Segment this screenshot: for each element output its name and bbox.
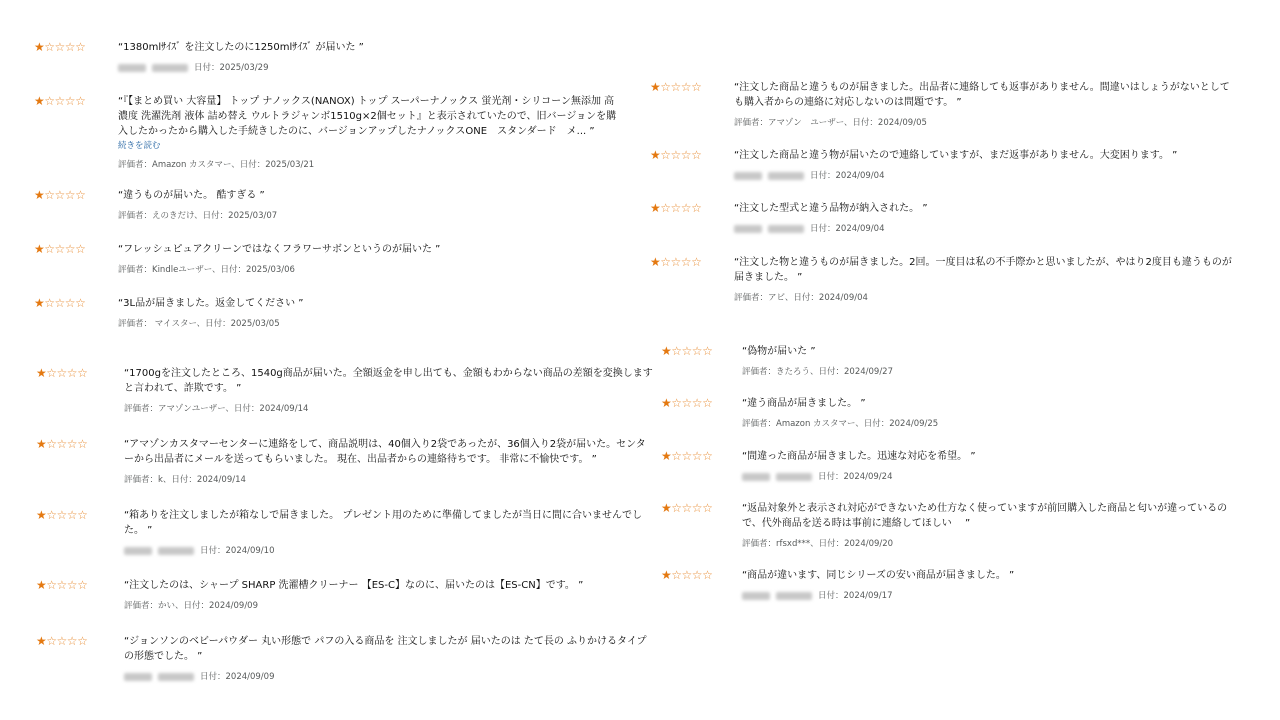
redacted-reviewer-name [768,225,804,233]
star-empty-icon: ☆ [57,437,67,451]
star-filled-icon: ★ [650,201,660,215]
review-date: 日付：2025/03/29 [194,62,269,74]
star-empty-icon: ☆ [682,568,692,582]
star-empty-icon: ☆ [77,437,87,451]
star-rating: ★☆☆☆☆ [36,508,87,522]
star-empty-icon: ☆ [55,188,65,202]
star-empty-icon: ☆ [691,201,701,215]
star-empty-icon: ☆ [660,255,670,269]
review-date: 評価者：かい、日付：2024/09/09 [124,600,258,612]
star-rating: ★☆☆☆☆ [36,634,87,648]
star-empty-icon: ☆ [692,501,702,515]
star-empty-icon: ☆ [75,242,85,256]
review-date: 日付：2024/09/04 [810,223,885,235]
review-meta: 日付：2024/09/10 [124,545,654,557]
review-date: 日付：2024/09/17 [818,590,893,602]
redacted-reviewer-name [734,225,762,233]
review-text: “『【まとめ買い 大容量】 トップ ナノックス(NANOX) トップ スーパーナ… [118,94,618,139]
star-empty-icon: ☆ [65,188,75,202]
star-empty-icon: ☆ [44,40,54,54]
star-filled-icon: ★ [650,148,660,162]
review-meta: 評価者：Amazon カスタマー、日付：2025/03/21 [118,159,618,171]
redacted-reviewer-name [776,473,812,481]
review-text: “注文した商品と違うものが届きました。出品者に連絡しても返事がありません。間違い… [734,80,1239,110]
redacted-reviewer-name [158,547,194,555]
star-empty-icon: ☆ [681,255,691,269]
star-empty-icon: ☆ [692,344,702,358]
star-empty-icon: ☆ [67,437,77,451]
star-empty-icon: ☆ [67,634,77,648]
star-filled-icon: ★ [36,366,46,380]
redacted-reviewer-name [124,673,152,681]
star-filled-icon: ★ [34,296,44,310]
redacted-reviewer-name [124,547,152,555]
star-filled-icon: ★ [661,568,671,582]
star-rating: ★☆☆☆☆ [34,94,85,108]
star-empty-icon: ☆ [671,568,681,582]
star-empty-icon: ☆ [75,296,85,310]
star-filled-icon: ★ [650,80,660,94]
review-text: “違うものが届いた。 酷すぎる ” [118,188,618,203]
review-meta: 評価者：かい、日付：2024/09/09 [124,600,654,612]
star-empty-icon: ☆ [65,242,75,256]
redacted-reviewer-name [776,592,812,600]
star-filled-icon: ★ [36,508,46,522]
review-text: “注文した商品と違う物が届いたので連絡していますが、まだ返事がありません。大変困… [734,148,1239,163]
star-filled-icon: ★ [661,344,671,358]
star-empty-icon: ☆ [46,634,56,648]
star-empty-icon: ☆ [75,40,85,54]
star-empty-icon: ☆ [75,188,85,202]
star-rating: ★☆☆☆☆ [661,568,712,582]
star-empty-icon: ☆ [671,501,681,515]
star-empty-icon: ☆ [671,148,681,162]
review-date: 日付：2024/09/24 [818,471,893,483]
star-filled-icon: ★ [34,188,44,202]
review-text: “間違った商品が届きました。迅速な対応を希望。 ” [742,449,1237,464]
review-date: 評価者：アビ、日付：2024/09/04 [734,292,868,304]
star-empty-icon: ☆ [682,344,692,358]
star-filled-icon: ★ [34,242,44,256]
star-empty-icon: ☆ [67,508,77,522]
read-more-link[interactable]: 続きを読む [118,140,618,152]
star-empty-icon: ☆ [55,40,65,54]
review-text: “1700gを注文したところ、1540g商品が届いた。全額返金を申し出ても、金額… [124,366,654,396]
star-filled-icon: ★ [650,255,660,269]
star-filled-icon: ★ [661,449,671,463]
star-empty-icon: ☆ [671,344,681,358]
review-date: 評価者：Amazon カスタマー、日付：2024/09/25 [742,418,938,430]
star-empty-icon: ☆ [46,366,56,380]
star-empty-icon: ☆ [691,255,701,269]
review-date: 評価者：アマゾンユーザー、日付：2024/09/14 [124,403,308,415]
review-text: “商品が違います、同じシリーズの安い商品が届きました。 ” [742,568,1237,583]
redacted-reviewer-name [158,673,194,681]
star-rating: ★☆☆☆☆ [650,201,701,215]
review-meta: 日付：2024/09/17 [742,590,1237,602]
star-rating: ★☆☆☆☆ [650,255,701,269]
star-empty-icon: ☆ [702,396,712,410]
redacted-reviewer-name [152,64,188,72]
review-meta: 評価者：アマゾンユーザー、日付：2024/09/14 [124,403,654,415]
star-empty-icon: ☆ [65,94,75,108]
star-filled-icon: ★ [36,634,46,648]
star-empty-icon: ☆ [671,80,681,94]
review-meta: 評価者：k、日付：2024/09/14 [124,474,654,486]
review-text: “1380mlｻｲｽﾞ を注文したのに1250mlｻｲｽﾞ が届いた ” [118,40,618,55]
star-empty-icon: ☆ [67,578,77,592]
star-empty-icon: ☆ [702,501,712,515]
star-empty-icon: ☆ [75,94,85,108]
star-empty-icon: ☆ [660,80,670,94]
review-date: 評価者：アマゾン ユーザー、日付：2024/09/05 [734,117,927,129]
review-text: “偽物が届いた ” [742,344,1237,359]
review-date: 日付：2024/09/04 [810,170,885,182]
star-empty-icon: ☆ [44,242,54,256]
star-filled-icon: ★ [36,437,46,451]
review-meta: 日付：2025/03/29 [118,62,618,74]
star-empty-icon: ☆ [671,201,681,215]
star-rating: ★☆☆☆☆ [34,242,85,256]
review-text: “注文した物と違うものが届きました。2回。一度目は私の不手際かと思いましたが、や… [734,255,1239,285]
star-empty-icon: ☆ [681,80,691,94]
star-empty-icon: ☆ [77,508,87,522]
star-empty-icon: ☆ [65,296,75,310]
review-text: “返品対象外と表示され対応ができないため仕方なく使っていますが前回購入した商品と… [742,501,1237,531]
star-filled-icon: ★ [34,40,44,54]
star-empty-icon: ☆ [671,396,681,410]
review-text: “アマゾンカスタマーセンターに連絡をして、商品説明は、40個入り2袋であったが、… [124,437,654,467]
review-date: 評価者：きたろう、日付：2024/09/27 [742,366,893,378]
star-empty-icon: ☆ [692,449,702,463]
star-empty-icon: ☆ [702,449,712,463]
star-empty-icon: ☆ [702,568,712,582]
redacted-reviewer-name [768,172,804,180]
review-text: “ジョンソンのベビーパウダー 丸い形態で パフの入る商品を 注文しましたが 届い… [124,634,654,664]
star-rating: ★☆☆☆☆ [34,40,85,54]
star-rating: ★☆☆☆☆ [36,366,87,380]
star-empty-icon: ☆ [671,255,681,269]
star-rating: ★☆☆☆☆ [661,396,712,410]
star-empty-icon: ☆ [702,344,712,358]
star-empty-icon: ☆ [46,508,56,522]
star-rating: ★☆☆☆☆ [36,578,87,592]
star-empty-icon: ☆ [691,148,701,162]
review-meta: 評価者：Kindleユーザー、日付：2025/03/06 [118,264,618,276]
review-text: “違う商品が届きました。 ” [742,396,1237,411]
review-meta: 評価者： マイスター、日付：2025/03/05 [118,318,618,330]
star-empty-icon: ☆ [692,568,702,582]
star-empty-icon: ☆ [682,396,692,410]
star-empty-icon: ☆ [77,634,87,648]
review-meta: 日付：2024/09/09 [124,671,654,683]
review-meta: 日付：2024/09/04 [734,223,1239,235]
star-empty-icon: ☆ [55,94,65,108]
star-filled-icon: ★ [661,501,671,515]
review-date: 評価者：rfsxd***、日付：2024/09/20 [742,538,893,550]
review-date: 評価者：Amazon カスタマー、日付：2025/03/21 [118,159,314,171]
star-empty-icon: ☆ [55,296,65,310]
star-rating: ★☆☆☆☆ [661,344,712,358]
review-text: “注文したのは、シャープ SHARP 洗濯槽クリーナー 【ES-C】なのに、届い… [124,578,654,593]
star-empty-icon: ☆ [682,449,692,463]
star-empty-icon: ☆ [671,449,681,463]
review-date: 評価者：Kindleユーザー、日付：2025/03/06 [118,264,295,276]
star-empty-icon: ☆ [682,501,692,515]
star-rating: ★☆☆☆☆ [661,449,712,463]
review-text: “フレッシュピュアクリーンではなくフラワーサボンというのが届いた ” [118,242,618,257]
star-empty-icon: ☆ [681,148,691,162]
review-meta: 評価者：アビ、日付：2024/09/04 [734,292,1239,304]
star-empty-icon: ☆ [65,40,75,54]
star-empty-icon: ☆ [46,437,56,451]
star-empty-icon: ☆ [692,396,702,410]
star-empty-icon: ☆ [44,296,54,310]
star-empty-icon: ☆ [57,634,67,648]
star-empty-icon: ☆ [660,201,670,215]
star-empty-icon: ☆ [691,80,701,94]
review-date: 評価者：k、日付：2024/09/14 [124,474,246,486]
review-text: “箱ありを注文しましたが箱なしで届きました。 プレゼント用のために準備してました… [124,508,654,538]
review-meta: 日付：2024/09/04 [734,170,1239,182]
star-empty-icon: ☆ [77,366,87,380]
review-text: “注文した型式と違う品物が納入された。 ” [734,201,1239,216]
star-empty-icon: ☆ [681,201,691,215]
star-rating: ★☆☆☆☆ [34,188,85,202]
star-empty-icon: ☆ [57,578,67,592]
redacted-reviewer-name [734,172,762,180]
star-empty-icon: ☆ [57,508,67,522]
review-date: 日付：2024/09/10 [200,545,275,557]
star-filled-icon: ★ [36,578,46,592]
star-empty-icon: ☆ [46,578,56,592]
star-rating: ★☆☆☆☆ [661,501,712,515]
star-empty-icon: ☆ [57,366,67,380]
star-empty-icon: ☆ [44,94,54,108]
redacted-reviewer-name [742,473,770,481]
review-meta: 評価者：rfsxd***、日付：2024/09/20 [742,538,1237,550]
review-text: “3L品が届きました。返金してください ” [118,296,618,311]
star-rating: ★☆☆☆☆ [650,80,701,94]
redacted-reviewer-name [118,64,146,72]
star-empty-icon: ☆ [44,188,54,202]
star-empty-icon: ☆ [67,366,77,380]
star-rating: ★☆☆☆☆ [36,437,87,451]
star-filled-icon: ★ [34,94,44,108]
review-meta: 日付：2024/09/24 [742,471,1237,483]
star-rating: ★☆☆☆☆ [34,296,85,310]
review-date: 評価者： マイスター、日付：2025/03/05 [118,318,280,330]
review-meta: 評価者：アマゾン ユーザー、日付：2024/09/05 [734,117,1239,129]
review-meta: 評価者：きたろう、日付：2024/09/27 [742,366,1237,378]
star-filled-icon: ★ [661,396,671,410]
review-meta: 評価者：Amazon カスタマー、日付：2024/09/25 [742,418,1237,430]
redacted-reviewer-name [742,592,770,600]
star-empty-icon: ☆ [77,578,87,592]
star-empty-icon: ☆ [55,242,65,256]
review-date: 日付：2024/09/09 [200,671,275,683]
review-meta: 評価者：えのきだけ、日付：2025/03/07 [118,210,618,222]
review-date: 評価者：えのきだけ、日付：2025/03/07 [118,210,277,222]
star-empty-icon: ☆ [660,148,670,162]
star-rating: ★☆☆☆☆ [650,148,701,162]
